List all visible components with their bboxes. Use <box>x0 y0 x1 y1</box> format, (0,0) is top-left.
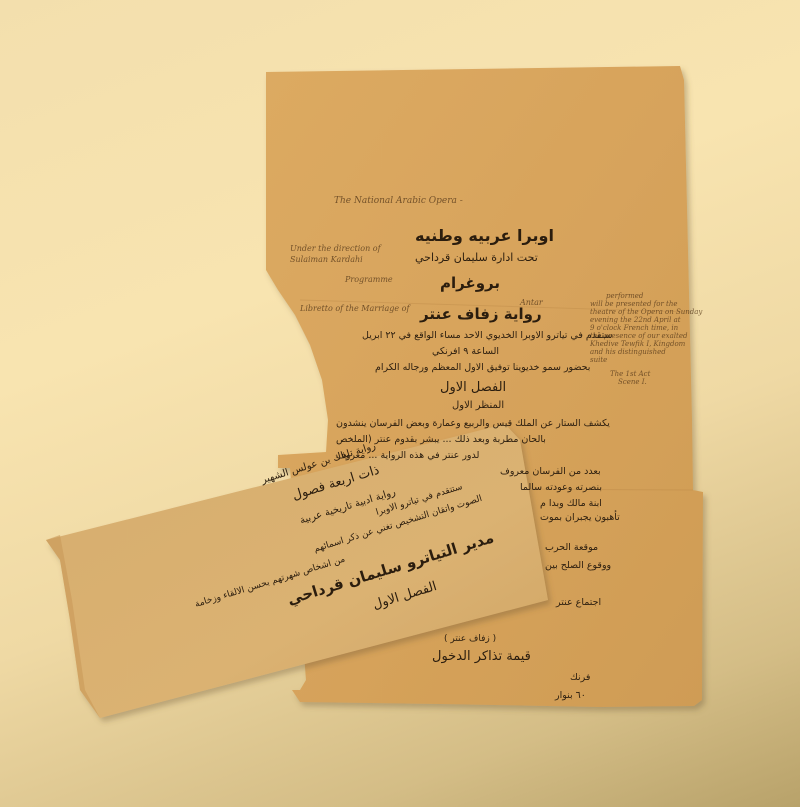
program-heading: بروغرام <box>440 274 500 292</box>
currency-label: فرنك <box>570 672 590 683</box>
lower-line: ووقوع الصلح بين <box>545 560 611 571</box>
finale-label: ( زفاف عنتر ) <box>444 634 496 644</box>
program-subtitle: تحت ادارة سليمان قرداحي <box>415 251 538 264</box>
body-line: تأهبون يجبران بموت <box>540 512 620 523</box>
ticket-prices-heading: قيمة تذاكر الدخول <box>432 649 531 664</box>
handwritten-direction: Under the direction of Sulaiman Kardahi <box>290 243 400 265</box>
paper-sheets <box>0 0 800 807</box>
handwritten-title: The National Arabic Opera - <box>334 196 463 206</box>
body-line: يكشف الستار عن الملك قيس والربيع وعمارة … <box>336 418 610 429</box>
body-line: بنصرته وعودته سالما <box>520 482 602 493</box>
performance-line-1: ستقدم في تياترو الاوبرا الخديوي الاحد مس… <box>362 330 612 341</box>
act-one-heading: الفصل الاول <box>440 380 506 395</box>
program-title: اوبرا عربيه وطنيه <box>415 226 554 245</box>
photo-scene: The National Arabic Opera - Under the di… <box>0 0 800 807</box>
body-line: ابنة مالك وبدا م <box>540 498 602 509</box>
handwritten-marriage: Libretto of the Marriage of <box>300 304 409 313</box>
small-act-heading: الفصل الاول <box>371 579 439 613</box>
body-line: بعدد من الفرسان معروف <box>500 466 601 477</box>
performance-line-3: بحضور سمو خديوينا توفيق الاول المعظم ورج… <box>375 362 590 373</box>
lower-line: موقعة الحرب <box>545 542 598 553</box>
lower-line: اجتماع عنتر <box>556 597 601 608</box>
play-title: رواية زفاف عنتر <box>420 305 542 323</box>
handwritten-programme: Programme <box>345 275 393 284</box>
scene-one-heading: المنظر الاول <box>452 400 504 411</box>
box-price: ٦٠ بنوار <box>555 690 586 701</box>
performance-line-2: الساعة ٩ افرنكي <box>432 346 499 357</box>
